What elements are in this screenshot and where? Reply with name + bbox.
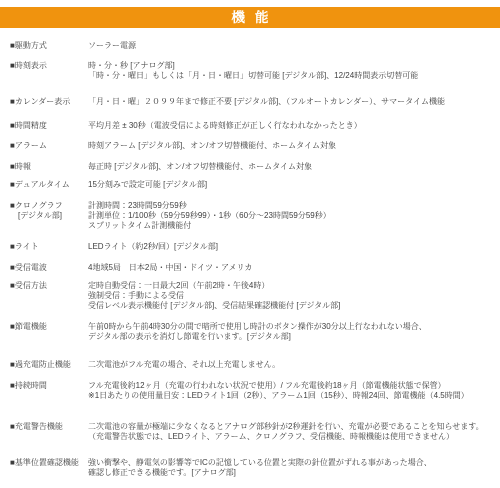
- spec-label: ■持続時間: [10, 381, 88, 391]
- spec-label: ■時間精度: [10, 121, 88, 131]
- section-header-bar: 機能: [0, 7, 500, 28]
- spec-label: ■節電機能: [10, 322, 88, 332]
- page-title: 機能: [222, 11, 279, 25]
- spec-label: ■カレンダー表示: [10, 97, 88, 107]
- spec-row-time-display: ■時刻表示 時・分・秒 [アナログ部] 「時・分・曜日」もしくは「月・日・曜日」…: [10, 61, 494, 81]
- spec-value: 定時自動受信：一日最大2回（午前2時・午後4時） 強制受信：手動による受信 受信…: [88, 281, 494, 311]
- spec-value: 15分刻みで設定可能 [デジタル部]: [88, 180, 494, 190]
- spec-value: 計測時間：23時間59分59秒 計測単位：1/100秒（59分59秒99）・1秒…: [88, 201, 494, 231]
- spec-row-overcharge-prevention: ■過充電防止機能 二次電池がフル充電の場合、それ以上充電しません。: [10, 360, 494, 370]
- spec-label: ■充電警告機能: [10, 422, 88, 432]
- spec-label: ■基準位置確認機能: [10, 458, 88, 468]
- spec-label: ■時刻表示: [10, 61, 88, 71]
- spec-label: ■クロノグラフ [デジタル部]: [10, 201, 88, 221]
- spec-row-reception-signal: ■受信電波 4地域5局 日本2局・中国・ドイツ・アメリカ: [10, 263, 494, 273]
- spec-value: 毎正時 [デジタル部]、オン/オフ切替機能付、ホームタイム対象: [88, 162, 494, 172]
- spec-label: ■ライト: [10, 242, 88, 252]
- spec-label: ■受信方法: [10, 281, 88, 291]
- spec-value: 時刻アラーム [デジタル部]、オン/オフ切替機能付、ホームタイム対象: [88, 141, 494, 151]
- spec-value: 4地域5局 日本2局・中国・ドイツ・アメリカ: [88, 263, 494, 273]
- spec-sheet: 機能 ■駆動方式 ソーラー電源 ■時刻表示 時・分・秒 [アナログ部] 「時・分…: [0, 0, 500, 488]
- spec-value: 二次電池がフル充電の場合、それ以上充電しません。: [88, 360, 494, 370]
- spec-label: ■受信電波: [10, 263, 88, 273]
- spec-row-reference-position-check: ■基準位置確認機能 強い衝撃や、静電気の影響等でICの記憶している位置と実際の針…: [10, 458, 494, 478]
- spec-label: ■駆動方式: [10, 41, 88, 51]
- spec-row-alarm: ■アラーム 時刻アラーム [デジタル部]、オン/オフ切替機能付、ホームタイム対象: [10, 141, 494, 151]
- spec-value: 「月・日・曜」２０９９年まで修正不要 [デジタル部]、（フルオートカレンダー）、…: [88, 97, 494, 107]
- spec-label: ■デュアルタイム: [10, 180, 88, 190]
- spec-value: 二次電池の容量が極端に少なくなるとアナログ部秒針が2秒運針を行い、充電が必要であ…: [88, 422, 494, 442]
- spec-row-hourly-chime: ■時報 毎正時 [デジタル部]、オン/オフ切替機能付、ホームタイム対象: [10, 162, 494, 172]
- spec-value: ソーラー電源: [88, 41, 494, 51]
- spec-label: ■時報: [10, 162, 88, 172]
- spec-row-power-saving: ■節電機能 午前0時から午前4時30分の間で暗所で使用し時計のボタン操作が30分…: [10, 322, 494, 342]
- spec-label: ■過充電防止機能: [10, 360, 88, 370]
- spec-row-light: ■ライト LEDライト（約2秒/回）[デジタル部]: [10, 242, 494, 252]
- spec-value: 時・分・秒 [アナログ部] 「時・分・曜日」もしくは「月・日・曜日」切替可能 […: [88, 61, 494, 81]
- spec-row-reception-method: ■受信方法 定時自動受信：一日最大2回（午前2時・午後4時） 強制受信：手動によ…: [10, 281, 494, 311]
- spec-row-dual-time: ■デュアルタイム 15分刻みで設定可能 [デジタル部]: [10, 180, 494, 190]
- spec-value: 強い衝撃や、静電気の影響等でICの記憶している位置と実際の針位置がずれる事があっ…: [88, 458, 494, 478]
- spec-row-drive-method: ■駆動方式 ソーラー電源: [10, 41, 494, 51]
- spec-row-calendar-display: ■カレンダー表示 「月・日・曜」２０９９年まで修正不要 [デジタル部]、（フルオ…: [10, 97, 494, 107]
- spec-value: LEDライト（約2秒/回）[デジタル部]: [88, 242, 494, 252]
- spec-label: ■アラーム: [10, 141, 88, 151]
- spec-row-charge-warning: ■充電警告機能 二次電池の容量が極端に少なくなるとアナログ部秒針が2秒運針を行い…: [10, 422, 494, 442]
- spec-table: ■駆動方式 ソーラー電源 ■時刻表示 時・分・秒 [アナログ部] 「時・分・曜日…: [0, 28, 500, 478]
- spec-value: フル充電後約12ヶ月（充電の行われない状況で使用）/ フル充電後約18ヶ月（節電…: [88, 381, 494, 401]
- spec-value: 平均月差 ± 30秒（電波受信による時刻修正が正しく行なわれなかったとき）: [88, 121, 494, 131]
- spec-row-battery-duration: ■持続時間 フル充電後約12ヶ月（充電の行われない状況で使用）/ フル充電後約1…: [10, 381, 494, 401]
- spec-row-chronograph: ■クロノグラフ [デジタル部] 計測時間：23時間59分59秒 計測単位：1/1…: [10, 201, 494, 231]
- spec-value: 午前0時から午前4時30分の間で暗所で使用し時計のボタン操作が30分以上行なわれ…: [88, 322, 494, 342]
- spec-row-accuracy: ■時間精度 平均月差 ± 30秒（電波受信による時刻修正が正しく行なわれなかった…: [10, 121, 494, 131]
